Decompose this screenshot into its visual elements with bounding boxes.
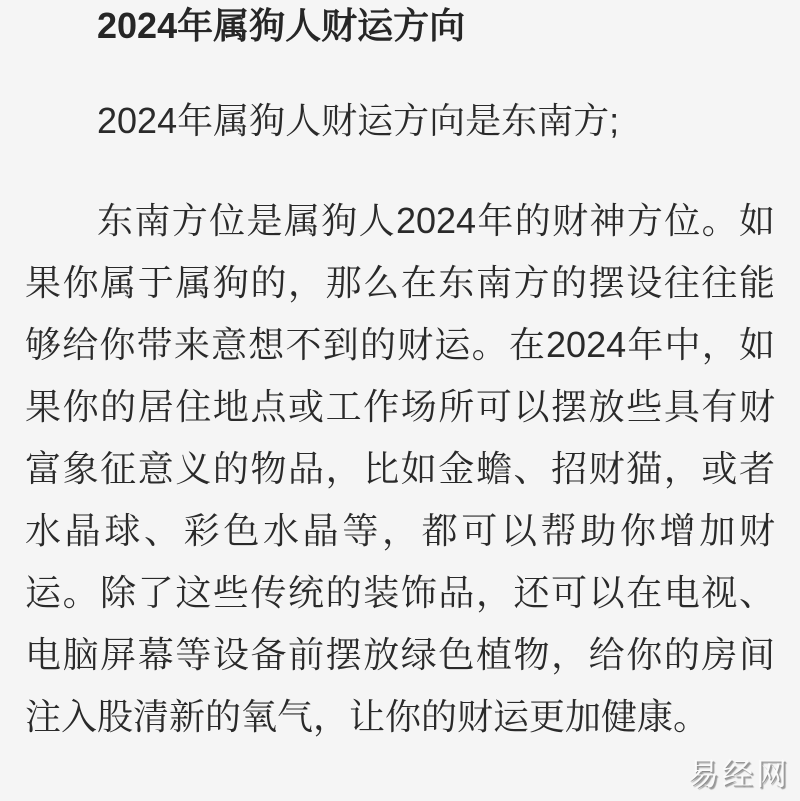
article-body-paragraph: 东南方位是属狗人2024年的财神方位。如果你属于属狗的，那么在东南方的摆设往往能… xyxy=(25,190,775,748)
site-watermark-yijingwang: 易经网 xyxy=(688,749,790,794)
article-page: 2024年属狗人财运方向 2024年属狗人财运方向是东南方; 东南方位是属狗人2… xyxy=(0,0,800,801)
article-title: 2024年属狗人财运方向 xyxy=(25,2,775,50)
article-intro-line: 2024年属狗人财运方向是东南方; xyxy=(25,96,775,146)
